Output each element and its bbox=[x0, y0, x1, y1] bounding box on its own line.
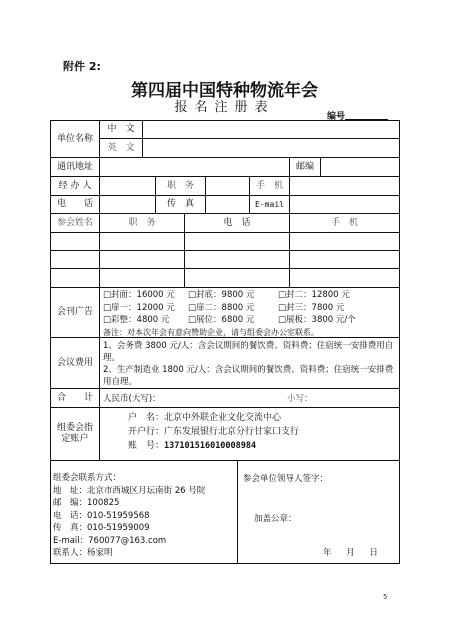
phone-label: 电 话 bbox=[50, 195, 100, 214]
ads-row: □彩整：4800 元 □展位：6800 元 □展板：3800 元/个 bbox=[103, 314, 398, 327]
account-number: 137101516010008984 bbox=[164, 441, 256, 451]
contact-fax: 传 真：010-51959009 bbox=[53, 522, 205, 535]
fees-label: 会议费用 bbox=[50, 337, 100, 389]
attendee-name-field[interactable] bbox=[50, 232, 100, 251]
handler-label: 经 办 人 bbox=[50, 176, 100, 196]
email-field[interactable] bbox=[289, 195, 400, 214]
attendee-mobile-field[interactable] bbox=[289, 250, 400, 269]
divider bbox=[237, 460, 238, 564]
fax-field[interactable] bbox=[205, 195, 250, 214]
account-name: 户 名：北京中外联企业文化交流中心 bbox=[128, 411, 299, 425]
ad-option-flyleaf-2[interactable]: □扉二：8800 元 bbox=[188, 302, 278, 315]
leader-signature-label: 参会单位领导人签字： bbox=[243, 472, 328, 484]
ad-option-inside-back[interactable]: □封三：7800 元 bbox=[278, 302, 388, 315]
page-number: 5 bbox=[383, 593, 387, 601]
phone-field[interactable] bbox=[99, 195, 156, 214]
account-label: 组委会指定账户 bbox=[50, 407, 100, 461]
account-bank: 开户行：广东发展银行北京分行甘家口支行 bbox=[128, 425, 299, 439]
fee-line-manufacturing: 2、生产制造业 1800 元/人：含会议期间的餐饮费、资料费；住宿统一安排费用自… bbox=[103, 364, 397, 388]
handler-field[interactable] bbox=[99, 176, 156, 196]
ads-label: 会刊广告 bbox=[50, 287, 100, 338]
unit-name-label: 单位名称 bbox=[50, 120, 100, 158]
attendee-name-field[interactable] bbox=[50, 250, 100, 269]
ad-option-back-cover[interactable]: □封底：9800 元 bbox=[188, 289, 278, 302]
chinese-name-field[interactable] bbox=[142, 120, 400, 139]
ad-option-cover[interactable]: □封面：16000 元 bbox=[103, 289, 188, 302]
contact-postcode: 邮 编：100825 bbox=[53, 497, 205, 510]
contact-address: 地 址：北京市西城区月坛南街 26 号院 bbox=[53, 485, 205, 498]
attendee-position-field[interactable] bbox=[99, 268, 185, 288]
ad-option-booth[interactable]: □展位：6800 元 bbox=[188, 314, 278, 327]
document-subtitle: 报名注册表 bbox=[0, 96, 449, 115]
ads-row: □封面：16000 元 □封底：9800 元 □封二：12800 元 bbox=[103, 289, 398, 302]
ad-option-flyleaf-1[interactable]: □扉一：12000 元 bbox=[103, 302, 188, 315]
attachment-label: 附件 2: bbox=[63, 58, 101, 74]
english-name-field[interactable] bbox=[142, 138, 400, 158]
attendee-mobile-header: 手 机 bbox=[289, 213, 400, 233]
postcode-field[interactable] bbox=[320, 157, 400, 177]
attendee-name-field[interactable] bbox=[50, 268, 100, 288]
ads-row: □扉一：12000 元 □扉二：8800 元 □封三：7800 元 bbox=[103, 302, 398, 315]
fee-line-general: 1、会务费 3800 元/人：含会议期间的餐饮费、资料费；住宿统一安排费用自理。 bbox=[103, 340, 397, 364]
position-field[interactable] bbox=[205, 176, 250, 196]
organizer-contact: 组委会联系方式： 地 址：北京市西城区月坛南街 26 号院 邮 编：100825… bbox=[53, 472, 205, 560]
ads-options: □封面：16000 元 □封底：9800 元 □封二：12800 元 □扉一：1… bbox=[103, 289, 398, 339]
ad-option-display-board[interactable]: □展板：3800 元/个 bbox=[278, 314, 388, 327]
email-label: E-mail bbox=[249, 195, 290, 214]
fees-text: 1、会务费 3800 元/人：含会议期间的餐饮费、资料费；住宿统一安排费用自理。… bbox=[103, 340, 397, 388]
address-label: 通讯地址 bbox=[50, 157, 100, 177]
attendee-phone-field[interactable] bbox=[184, 268, 290, 288]
attendee-mobile-field[interactable] bbox=[289, 268, 400, 288]
contact-person: 联系人：杨家明 bbox=[53, 547, 205, 560]
mobile-field[interactable] bbox=[289, 176, 400, 196]
attendee-position-field[interactable] bbox=[99, 250, 185, 269]
account-number-label: 账 号： bbox=[128, 441, 164, 451]
account-details: 户 名：北京中外联企业文化交流中心 开户行：广东发展银行北京分行甘家口支行 账 … bbox=[128, 411, 299, 453]
mobile-label: 手 机 bbox=[249, 176, 290, 196]
attendee-mobile-field[interactable] bbox=[289, 232, 400, 251]
attendee-phone-header: 电 话 bbox=[184, 213, 290, 233]
attendee-name-header: 参会姓名 bbox=[50, 213, 100, 233]
total-label: 合 计 bbox=[50, 388, 100, 408]
english-name-label: 英 文 bbox=[99, 138, 143, 158]
total-small-label: 小写： bbox=[287, 392, 313, 404]
attendee-phone-field[interactable] bbox=[184, 232, 290, 251]
ad-option-color-page[interactable]: □彩整：4800 元 bbox=[103, 314, 188, 327]
position-label: 职 务 bbox=[155, 176, 206, 196]
account-number-line: 账 号：137101516010008984 bbox=[128, 439, 299, 453]
contact-phone: 电 话：010-51959568 bbox=[53, 510, 205, 523]
contact-email: E-mail：760077@163.com bbox=[53, 535, 205, 548]
chinese-name-label: 中 文 bbox=[99, 120, 143, 139]
ad-option-inside-cover[interactable]: □封二：12800 元 bbox=[278, 289, 388, 302]
seal-label: 加盖公章： bbox=[254, 512, 297, 524]
fax-label: 传 真 bbox=[155, 195, 206, 214]
attendee-phone-field[interactable] bbox=[184, 250, 290, 269]
postcode-label: 邮编 bbox=[289, 157, 321, 177]
total-rmb-label: 人民币(大写)： bbox=[103, 392, 161, 404]
address-field[interactable] bbox=[99, 157, 290, 177]
attendee-position-field[interactable] bbox=[99, 232, 185, 251]
date-label: 年 月 日 bbox=[323, 546, 378, 558]
attendee-position-header: 职 务 bbox=[99, 213, 185, 233]
contact-title: 组委会联系方式： bbox=[53, 472, 205, 485]
